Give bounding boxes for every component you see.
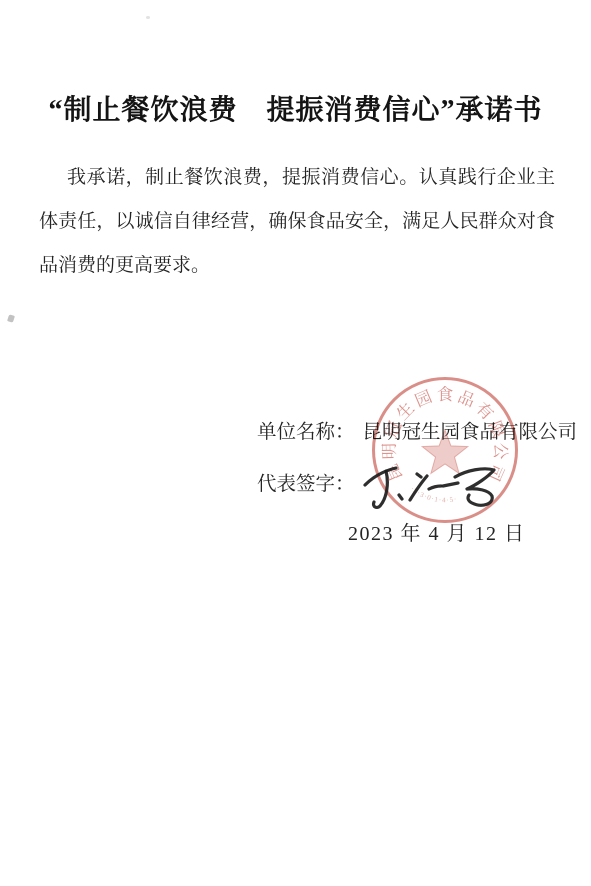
handwritten-signature xyxy=(355,455,505,515)
scan-speck-left xyxy=(7,314,15,323)
svg-text:食: 食 xyxy=(437,385,454,404)
document-title: “制止餐饮浪费 提振消费信心”承诺书 xyxy=(0,88,591,128)
signature-label: 代表签字： xyxy=(257,474,355,495)
body-paragraph: 我承诺，制止餐饮浪费，提振消费信心。认真践行企业主 体责任，以诚信自律经营，确保… xyxy=(39,156,555,288)
svg-text:品: 品 xyxy=(455,387,478,411)
document-page: “制止餐饮浪费 提振消费信心”承诺书 我承诺，制止餐饮浪费，提振消费信心。认真践… xyxy=(0,0,591,886)
body-line-2: 体责任，以诚信自律经营，确保食品安全，满足人民群众对食 xyxy=(39,200,555,244)
svg-text:冠: 冠 xyxy=(382,418,406,440)
svg-text:生: 生 xyxy=(393,399,418,424)
body-line-3: 品消费的更高要求。 xyxy=(39,244,555,288)
body-line-1: 我承诺，制止餐饮浪费，提振消费信心。认真践行企业主 xyxy=(39,156,555,200)
company-name-label: 单位名称： xyxy=(257,422,355,443)
scan-speck-top xyxy=(146,16,150,19)
svg-text:有: 有 xyxy=(472,399,497,424)
svg-text:限: 限 xyxy=(485,418,509,440)
svg-text:园: 园 xyxy=(412,387,435,411)
signature-row: 代表签字： xyxy=(257,472,355,498)
